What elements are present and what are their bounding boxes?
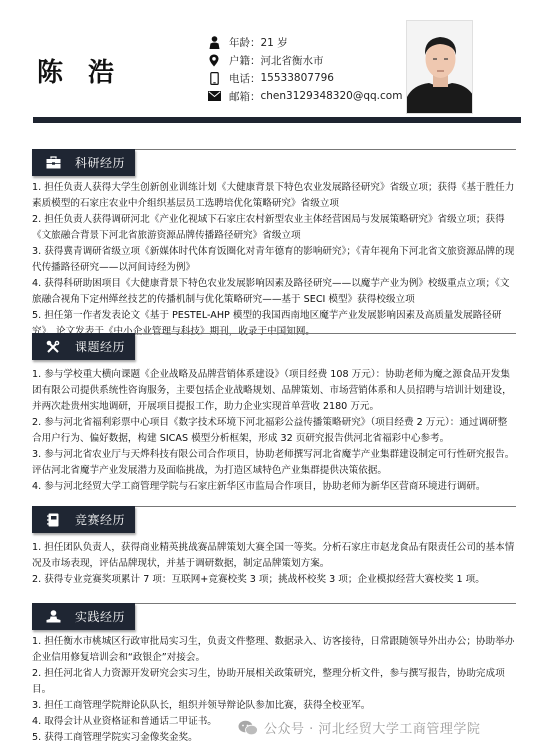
list-item: 1. 担任负责人获得大学生创新创业训练计划《大健康背景下特色农业发展路径研究》省…: [32, 180, 516, 212]
section-title: 实践经历: [75, 608, 125, 625]
list-item: 2. 参与河北省福利彩票中心项目《数字技术环境下河北福彩公益传播策略研究》（项目…: [32, 415, 516, 447]
phone-label: 电话：: [229, 71, 261, 86]
section-title: 竞赛经历: [75, 511, 125, 528]
wechat-icon: [238, 720, 258, 736]
section-title: 课题经历: [75, 338, 125, 355]
phone-value[interactable]: 15533807796: [261, 72, 335, 84]
list-item: 1. 参与学校重大横向课题《企业战略及品牌营销体系建设》（项目经费 108 万元…: [32, 367, 516, 415]
briefcase-icon: [45, 155, 61, 171]
watermark-text: 公众号 · 河北经贸大学工商管理学院: [264, 718, 480, 737]
list-item: 1. 担任衡水市桃城区行政审批局实习生，负责文件整理、数据录入、访客接待，日常跟…: [32, 634, 516, 666]
section-divider: [132, 333, 516, 334]
email-label: 邮箱：: [229, 89, 261, 104]
section-content: 1. 担任负责人获得大学生创新创业训练计划《大健康背景下特色农业发展路径研究》省…: [32, 180, 516, 340]
resume-name: 陈 浩: [37, 52, 122, 89]
section-header: 竞赛经历: [32, 506, 135, 533]
personal-info: 年龄： 21 岁 户籍： 河北省衡水市 电话： 15533807796 邮箱： …: [207, 33, 402, 105]
email-value[interactable]: chen3129348320@qq.com: [261, 90, 403, 102]
section-divider: [132, 149, 516, 150]
section-divider: [132, 506, 516, 507]
tools-icon: [45, 339, 61, 355]
list-item: 2. 担任河北省人力资源开发研究会实习生，协助开展相关政策研究，整理分析文件，参…: [32, 666, 516, 698]
section-header: 实践经历: [32, 603, 135, 630]
location-pin-icon: [207, 53, 221, 67]
section-header: 课题经历: [32, 333, 135, 360]
wechat-watermark: 公众号 · 河北经贸大学工商管理学院: [238, 718, 480, 737]
section-content: 1. 担任团队负责人，获得商业精英挑战赛品牌策划大赛全国一等奖。分析石家庄市赵龙…: [32, 540, 516, 588]
person-icon: [207, 35, 221, 49]
list-item: 2. 担任负责人获得调研河北《产业化视域下石家庄农村新型农业主体经营困局与发展策…: [32, 212, 516, 244]
info-phone: 电话： 15533807796: [207, 69, 402, 87]
age-value: 21 岁: [261, 35, 288, 50]
hometown-value: 河北省衡水市: [261, 53, 324, 68]
list-item: 3. 担任工商管理学院辩论队队长，组织并领导辩论队参加比赛，获得全校亚军。: [32, 698, 516, 714]
list-item: 3. 获得冀青调研省级立项《新媒体时代体育饭圈化对青年德育的影响研究》；《青年视…: [32, 244, 516, 276]
list-item: 1. 担任团队负责人，获得商业精英挑战赛品牌策划大赛全国一等奖。分析石家庄市赵龙…: [32, 540, 516, 572]
list-item: 4. 参与河北经贸大学工商管理学院与石家庄新华区市监局合作项目，协助老师为新华区…: [32, 479, 516, 495]
envelope-icon: [207, 89, 221, 103]
info-age: 年龄： 21 岁: [207, 33, 402, 51]
section-header: 科研经历: [32, 149, 135, 176]
header-divider-bar: [33, 117, 521, 123]
hometown-label: 户籍：: [229, 53, 261, 68]
section-divider: [132, 603, 516, 604]
section-content: 1. 参与学校重大横向课题《企业战略及品牌营销体系建设》（项目经费 108 万元…: [32, 367, 516, 495]
section-title: 科研经历: [75, 154, 125, 171]
info-email: 邮箱： chen3129348320@qq.com: [207, 87, 402, 105]
info-hometown: 户籍： 河北省衡水市: [207, 51, 402, 69]
list-item: 4. 获得科研助困项目《大健康背景下特色农业发展影响因素及路径研究——以魔芋产业…: [32, 276, 516, 308]
profile-photo: [406, 20, 473, 114]
list-item: 3. 参与河北省农业厅与天烨科技有限公司合作项目，协助老师撰写河北省魔芋产业集群…: [32, 447, 516, 479]
phone-icon: [207, 71, 221, 85]
people-icon: [45, 609, 61, 625]
list-item: 2. 获得专业竞赛奖项累计 7 项：互联网+竞赛校奖 3 项；挑战杯校奖 3 项…: [32, 572, 516, 588]
notebook-icon: [45, 512, 61, 528]
age-label: 年龄：: [229, 35, 261, 50]
